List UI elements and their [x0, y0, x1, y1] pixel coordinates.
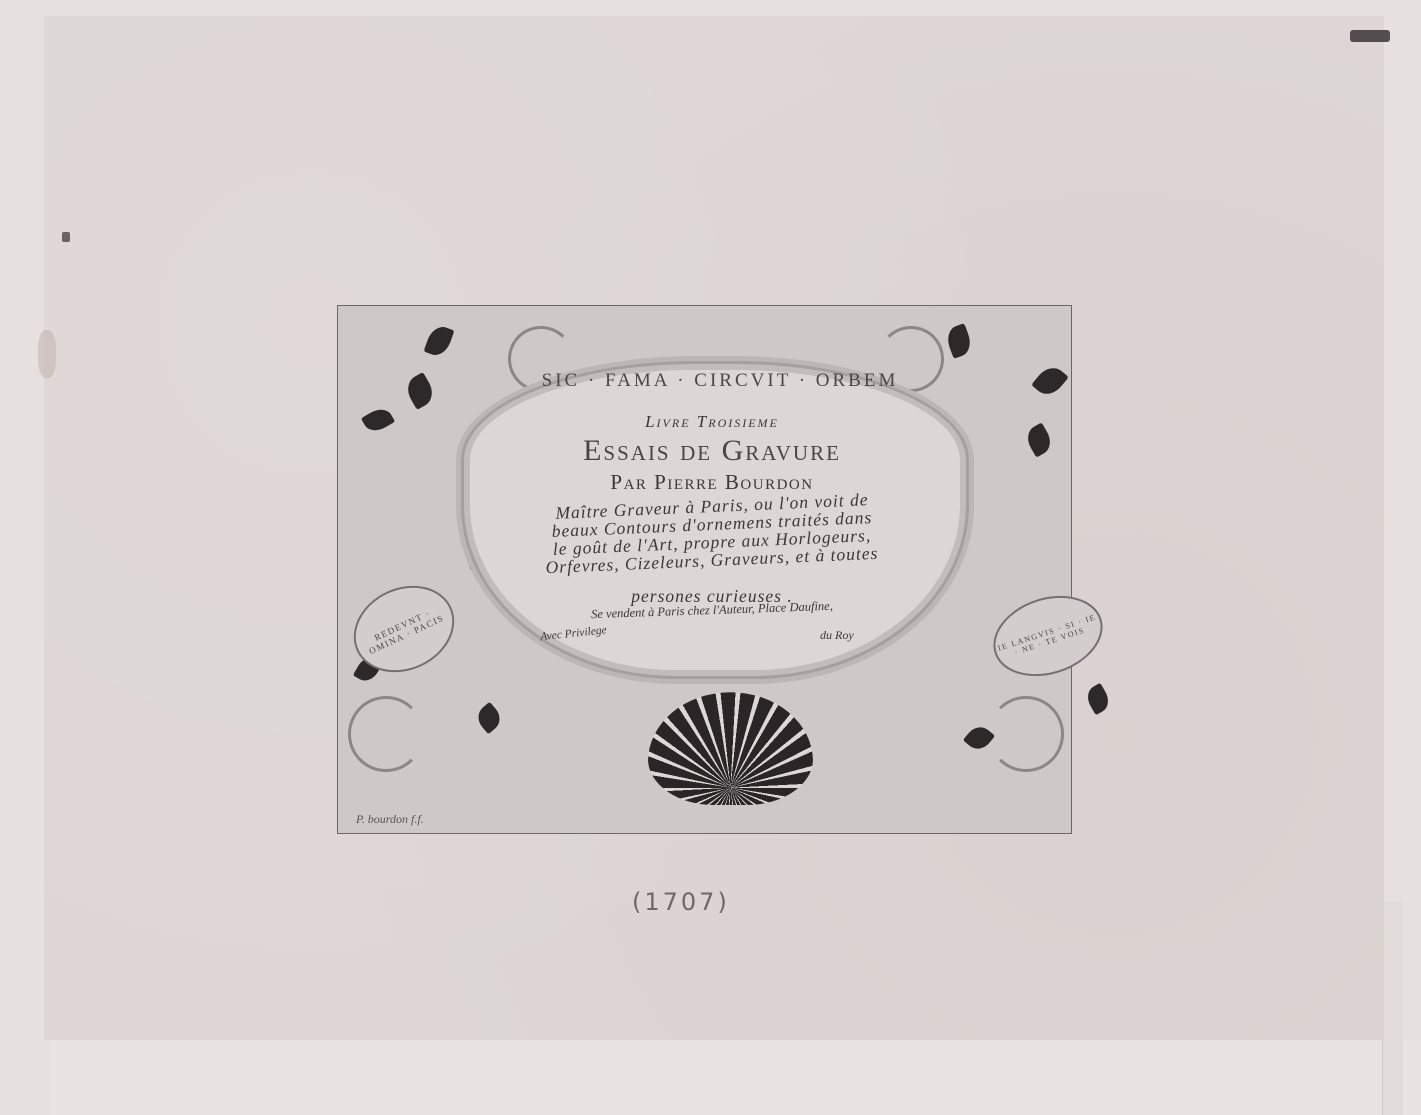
paper-blemish [62, 232, 70, 242]
scroll-ornament [988, 696, 1064, 772]
leaf-ornament [424, 323, 455, 359]
privilege-right: du Roy [820, 628, 900, 643]
paper-stain [38, 330, 56, 378]
scroll-ornament [348, 696, 424, 772]
leaf-ornament [944, 323, 975, 359]
ink-stain [1350, 30, 1390, 42]
backing-sheet-edge [1382, 902, 1403, 1115]
handwritten-date: (1707) [632, 888, 730, 916]
leaf-ornament [402, 372, 438, 410]
engraver-signature: P. bourdon f.f. [356, 812, 424, 827]
leaf-ornament [361, 404, 395, 435]
medal-left-inscription: REDEVNT · OMINA · PACIS [355, 600, 454, 660]
volume-heading: Livre Troisieme [462, 412, 962, 432]
title: Essais de Gravure [462, 434, 962, 468]
medal-right-inscription: IE LANGVIS · SI · IE · NE · TE VOIS [994, 612, 1102, 662]
motto-banner: SIC · FAMA · CIRCVIT · ORBEM [510, 370, 930, 392]
leaf-ornament [473, 702, 505, 735]
leaf-ornament [1031, 362, 1069, 400]
leaf-ornament [1022, 422, 1055, 457]
backing-sheet [50, 1040, 1421, 1115]
